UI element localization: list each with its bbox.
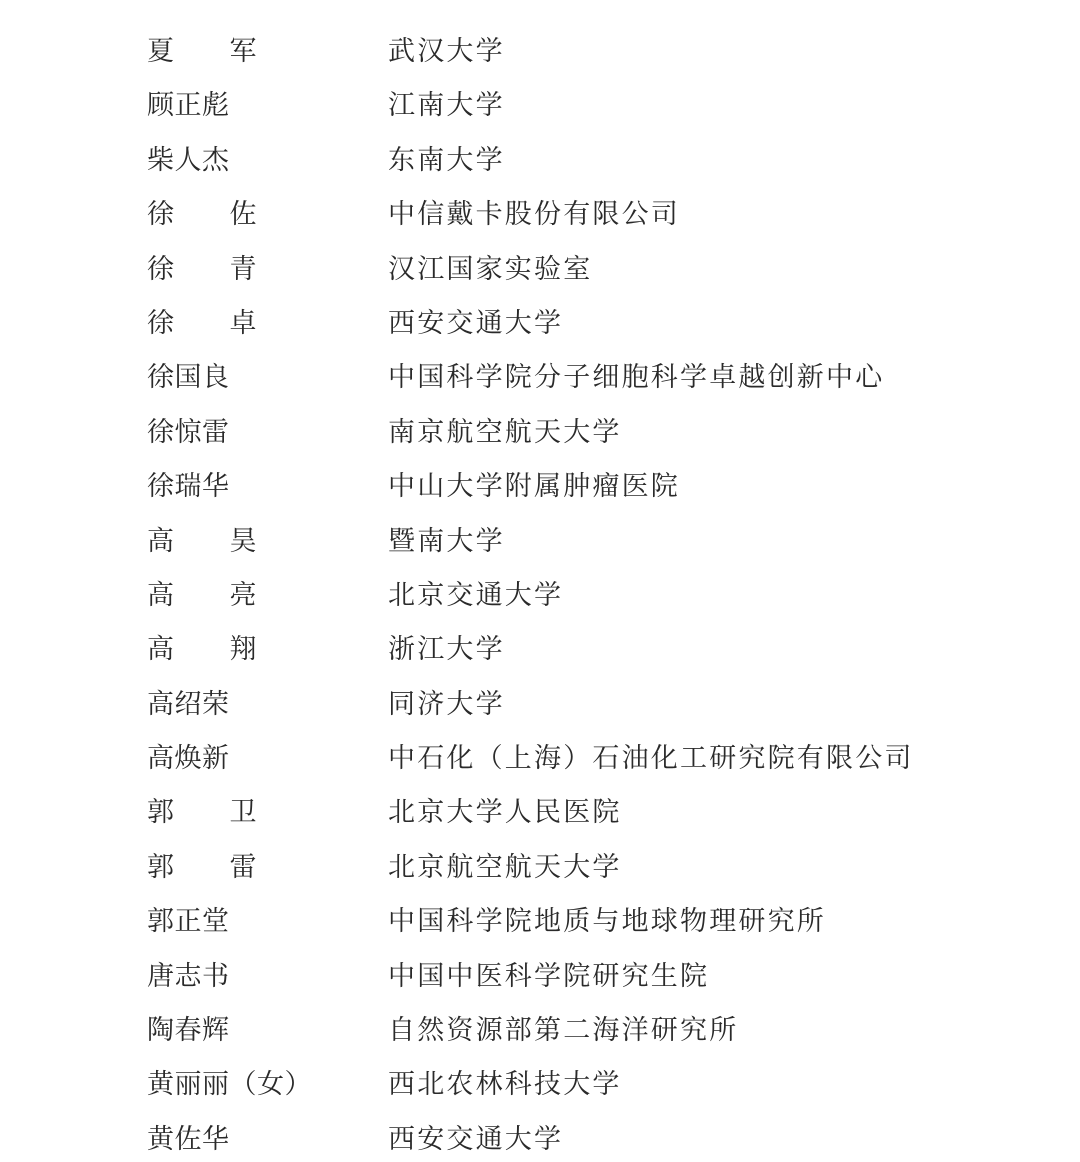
- list-item: 柴人杰 东南大学: [0, 134, 1080, 188]
- list-item: 高 亮 北京交通大学: [0, 569, 1080, 623]
- person-name: 黄佐华: [147, 1113, 230, 1162]
- person-name: 郭 卫: [147, 786, 257, 840]
- list-item: 徐 青 汉江国家实验室: [0, 243, 1080, 297]
- list-item: 高 昊 暨南大学: [0, 515, 1080, 569]
- affiliation: 江南大学: [388, 79, 505, 133]
- affiliation: 北京交通大学: [388, 569, 563, 623]
- list-item: 唐志书 中国中医科学院研究生院: [0, 950, 1080, 1004]
- affiliation: 浙江大学: [388, 623, 505, 677]
- list-item: 郭 卫 北京大学人民医院: [0, 786, 1080, 840]
- person-name: 徐瑞华: [147, 460, 230, 514]
- affiliation: 中山大学附属肿瘤医院: [388, 460, 680, 514]
- affiliation: 北京航空航天大学: [388, 841, 622, 895]
- list-item: 徐瑞华 中山大学附属肿瘤医院: [0, 460, 1080, 514]
- person-name: 唐志书: [147, 950, 230, 1004]
- person-name: 夏 军: [147, 25, 257, 79]
- affiliation: 暨南大学: [388, 515, 505, 569]
- list-item: 高焕新 中石化（上海）石油化工研究院有限公司: [0, 732, 1080, 786]
- affiliation: 同济大学: [388, 678, 505, 732]
- affiliation: 汉江国家实验室: [388, 243, 592, 297]
- person-name: 顾正彪: [147, 79, 230, 133]
- list-item: 陶春辉 自然资源部第二海洋研究所: [0, 1004, 1080, 1058]
- affiliation: 中国科学院分子细胞科学卓越创新中心: [388, 351, 884, 405]
- person-name: 徐 卓: [147, 297, 257, 351]
- name-affiliation-list: 夏 军 武汉大学 顾正彪 江南大学 柴人杰 东南大学 徐 佐 中信戴卡股份有限公…: [0, 25, 1080, 1162]
- person-name: 柴人杰: [147, 134, 230, 188]
- person-name: 高焕新: [147, 732, 230, 786]
- affiliation: 西安交通大学: [388, 297, 563, 351]
- list-item: 黄丽丽（女） 西北农林科技大学: [0, 1058, 1080, 1112]
- list-item: 顾正彪 江南大学: [0, 79, 1080, 133]
- person-name: 郭 雷: [147, 841, 257, 895]
- affiliation: 中国科学院地质与地球物理研究所: [388, 895, 826, 949]
- affiliation: 北京大学人民医院: [388, 786, 622, 840]
- person-name: 高绍荣: [147, 678, 230, 732]
- affiliation: 东南大学: [388, 134, 505, 188]
- person-name: 高 昊: [147, 515, 257, 569]
- person-name: 黄丽丽（女）: [147, 1058, 312, 1112]
- affiliation: 自然资源部第二海洋研究所: [388, 1004, 738, 1058]
- person-name: 徐 青: [147, 243, 257, 297]
- list-item: 徐 佐 中信戴卡股份有限公司: [0, 188, 1080, 242]
- affiliation: 中国中医科学院研究生院: [388, 950, 709, 1004]
- person-name: 徐国良: [147, 351, 230, 405]
- affiliation: 南京航空航天大学: [388, 406, 622, 460]
- list-item: 夏 军 武汉大学: [0, 25, 1080, 79]
- affiliation: 中信戴卡股份有限公司: [388, 188, 680, 242]
- list-item: 黄佐华 西安交通大学: [0, 1113, 1080, 1162]
- list-item: 郭 雷 北京航空航天大学: [0, 841, 1080, 895]
- person-name: 徐惊雷: [147, 406, 230, 460]
- list-item: 高绍荣 同济大学: [0, 678, 1080, 732]
- person-name: 高 翔: [147, 623, 257, 677]
- affiliation: 中石化（上海）石油化工研究院有限公司: [388, 732, 914, 786]
- person-name: 郭正堂: [147, 895, 230, 949]
- person-name: 高 亮: [147, 569, 257, 623]
- list-item: 徐 卓 西安交通大学: [0, 297, 1080, 351]
- affiliation: 西安交通大学: [388, 1113, 563, 1162]
- list-item: 徐国良 中国科学院分子细胞科学卓越创新中心: [0, 351, 1080, 405]
- list-item: 徐惊雷 南京航空航天大学: [0, 406, 1080, 460]
- list-item: 高 翔 浙江大学: [0, 623, 1080, 677]
- affiliation: 武汉大学: [388, 25, 505, 79]
- affiliation: 西北农林科技大学: [388, 1058, 622, 1112]
- person-name: 陶春辉: [147, 1004, 230, 1058]
- list-item: 郭正堂 中国科学院地质与地球物理研究所: [0, 895, 1080, 949]
- person-name: 徐 佐: [147, 188, 257, 242]
